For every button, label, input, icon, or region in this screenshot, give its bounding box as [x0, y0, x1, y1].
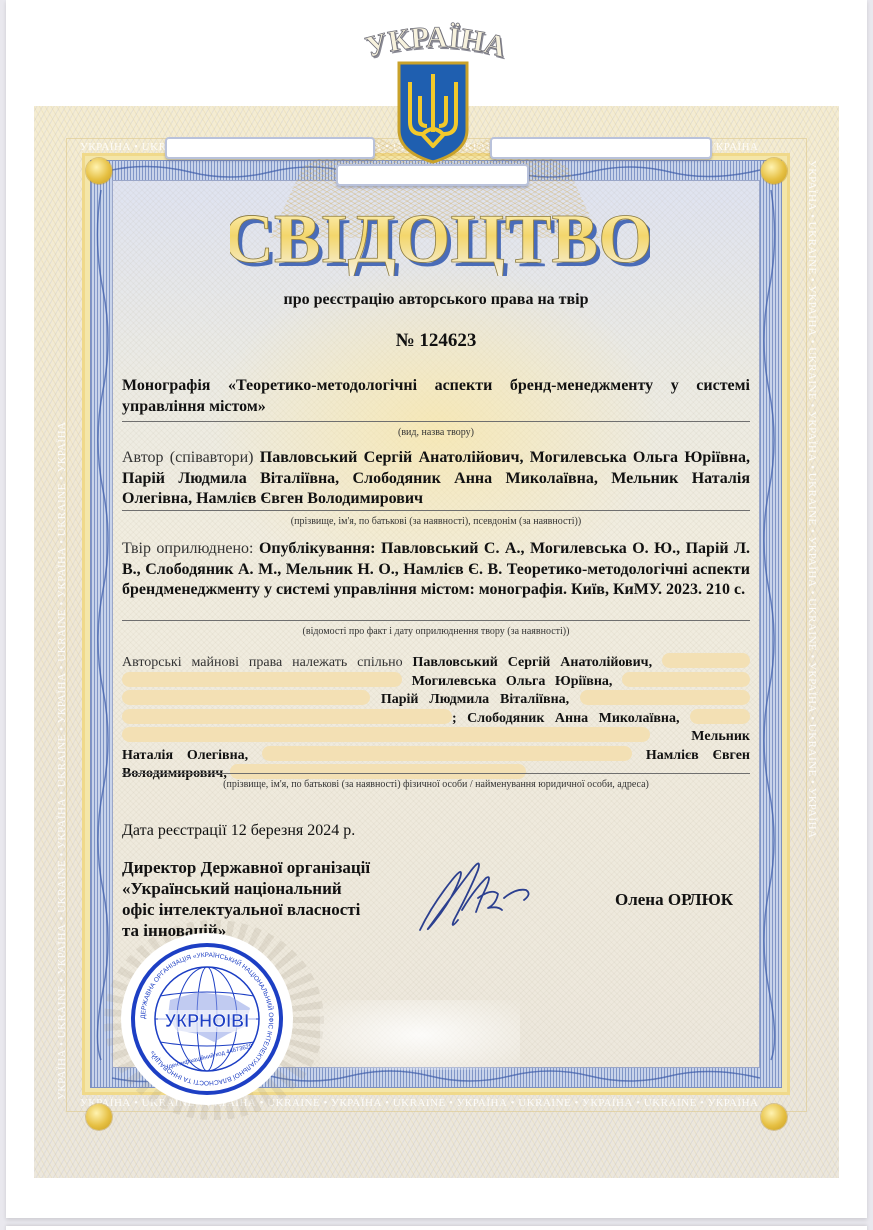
next-page-edge — [6, 1226, 867, 1230]
publication-label: Твір оприлюднено: — [122, 540, 254, 557]
svg-text:УКРАЇНА: УКРАЇНА — [362, 21, 510, 64]
redacted-address — [580, 690, 750, 705]
rights-holder: Намлієв Євген — [646, 748, 750, 763]
rights-holder: ; Слободяник Анна Миколаївна, — [452, 711, 680, 726]
rights-holder: Могилевська Ольга Юріївна, — [412, 674, 613, 689]
authors-field: Автор (співавтори) Павловський Сергій Ан… — [122, 448, 750, 510]
coat-of-arms-icon — [396, 60, 470, 164]
redacted-address — [622, 672, 750, 687]
publication-caption: (відомості про факт і дату оприлюднення … — [122, 626, 750, 637]
rights-holder: Парій Людмила Віталіївна, — [381, 692, 569, 707]
rights-caption: (прізвище, ім'я, по батькові (за наявнос… — [122, 779, 750, 790]
ribbon-center — [336, 164, 529, 186]
border-band-text-right: УКРАЇНА • UKRAINE • УКРАЇНА • UKRAINE • … — [798, 160, 818, 1100]
corner-medallion — [86, 1104, 112, 1130]
border-band-text-left: УКРАЇНА • UKRAINE • УКРАЇНА • UKRAINE • … — [56, 160, 76, 1100]
work-title: Монографія «Теоретико-методологічні аспе… — [122, 376, 750, 417]
official-seal-icon: ДЕРЖАВНА ОРГАНІЗАЦІЯ «УКРАЇНСЬКИЙ НАЦІОН… — [118, 930, 296, 1108]
redacted-address — [122, 672, 402, 687]
redacted-address — [122, 690, 370, 705]
redacted-address — [122, 727, 650, 742]
rights-label: Авторські майнові права належать спільно — [122, 655, 403, 670]
redacted-address — [122, 709, 452, 724]
authors-label: Автор (співавтори) — [122, 449, 254, 466]
rights-holders-field: Авторські майнові права належать спільно… — [122, 653, 750, 783]
rights-holder: Наталія Олегівна, — [122, 748, 248, 763]
divider — [122, 773, 750, 774]
director-signature — [412, 850, 552, 940]
authors-caption: (прізвище, ім'я, по батькові (за наявнос… — [122, 516, 750, 527]
divider — [122, 421, 750, 422]
certificate-title: СВІДОЦТВО СВІДОЦТВО — [230, 196, 650, 276]
signatory-position: Директор Державної організації «Українсь… — [122, 857, 412, 941]
corner-medallion — [761, 158, 787, 184]
redacted-address — [230, 764, 526, 779]
svg-text:УКРНОІВІ: УКРНОІВІ — [165, 1011, 249, 1031]
redacted-address — [690, 709, 750, 724]
redacted-address — [262, 746, 632, 761]
position-line: «Український національний — [122, 878, 412, 899]
divider — [122, 510, 750, 511]
corner-medallion — [761, 1104, 787, 1130]
ribbon-left — [165, 137, 375, 159]
svg-text:СВІДОЦТВО: СВІДОЦТВО — [230, 201, 650, 276]
redacted-address — [662, 653, 750, 668]
signatory-name: Олена ОРЛЮК — [615, 890, 733, 910]
work-title-caption: (вид, назва твору) — [122, 427, 750, 438]
rights-holder: Мельник — [691, 729, 750, 744]
corner-medallion — [86, 158, 112, 184]
ribbon-right — [490, 137, 712, 159]
position-line: Директор Державної організації — [122, 857, 412, 878]
publication-field: Твір оприлюднено: Опублікування: Павловс… — [122, 539, 750, 601]
registration-date: Дата реєстрації 12 березня 2024 р. — [122, 822, 355, 840]
divider — [122, 620, 750, 621]
background-highlight — [320, 1000, 520, 1070]
rights-holder: Павловський Сергій Анатолійович, — [413, 655, 653, 670]
certificate-number: № 124623 — [112, 330, 760, 352]
certificate-subtitle: про реєстрацію авторського права на твір — [112, 291, 760, 309]
position-line: офіс інтелектуальної власності — [122, 899, 412, 920]
